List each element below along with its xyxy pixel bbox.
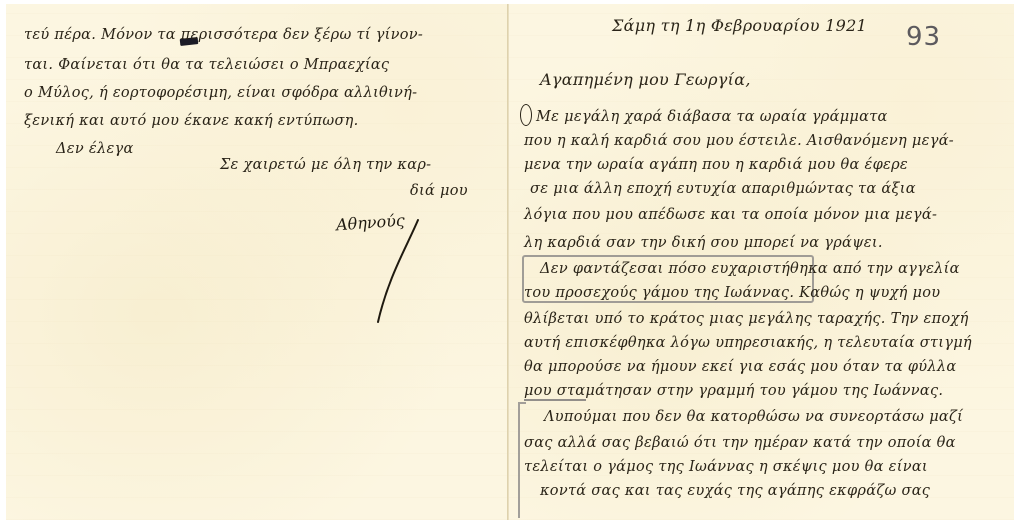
date-line: Σάμη τη 1η Φεβρουαρίου 1921 — [612, 16, 867, 35]
right-line-14: σας αλλά σας βεβαιώ ότι την ημέραν κατά … — [524, 436, 956, 451]
right-line-5: λόγια που μου απέδωσε και τα οποία μόνον… — [524, 208, 937, 223]
right-line-4: σε μια άλλη εποχή ευτυχία απαριθμώντας τ… — [530, 182, 916, 197]
left-line-2: ται. Φαίνεται ότι θα τα τελειώσει ο Μπρα… — [24, 58, 389, 73]
right-line-13: Λυπούμαι που δεν θα κατορθώσω να συνεορτ… — [544, 410, 963, 425]
right-line-7: Δεν φαντάζεσαι πόσο ευχαριστήθηκα από τη… — [540, 262, 960, 277]
left-line-5: Δεν έλεγα — [56, 142, 134, 157]
right-line-9: θλίβεται υπό το κράτος μιας μεγάλης ταρα… — [524, 312, 969, 327]
right-line-10: αυτή επισκέφθηκα λόγω υπηρεσιακής, η τελ… — [524, 336, 972, 351]
archive-number: 93 — [906, 22, 941, 52]
right-line-8: του προσεχούς γάμου της Ιωάννας. Καθώς η… — [524, 286, 940, 301]
right-line-6: λη καρδιά σαν την δική σου μπορεί να γρά… — [524, 236, 883, 251]
salutation: Αγαπημένη μου Γεωργία, — [540, 70, 751, 89]
scanned-letter: τεύ πέρα. Μόνον τα περισσότερα δεν ξέρω … — [0, 0, 1024, 528]
page-fold — [507, 4, 509, 520]
paragraph-mark-icon — [520, 104, 532, 126]
right-line-1: Με μεγάλη χαρά διάβασα τα ωραία γράμματα — [536, 110, 888, 125]
right-line-2: που η καλή καρδιά σου μου έστειλε. Αισθα… — [524, 134, 954, 149]
right-line-3: μενα την ωραία αγάπη που η καρδιά μου θα… — [524, 158, 908, 173]
signature-flourish-icon — [366, 218, 426, 328]
closing-line-end: διά μου — [410, 184, 468, 199]
left-line-1: τεύ πέρα. Μόνον τα περισσότερα δεν ξέρω … — [24, 28, 423, 43]
right-line-15: τελείται ο γάμος της Ιωάννας η σκέψις μο… — [524, 460, 928, 475]
closing-line: Σε χαιρετώ με όλη την καρ- — [220, 158, 431, 173]
right-line-16: κοντά σας και τας ευχάς της αγάπης εκφρά… — [540, 484, 930, 499]
right-line-12: μου σταμάτησαν στην γραμμή του γάμου της… — [524, 384, 943, 399]
pencil-underline — [524, 399, 586, 401]
left-line-4: ξενική και αυτό μου έκανε κακή εντύπωση. — [24, 114, 359, 129]
left-line-3: ο Μύλος, ή εορτοφορέσιμη, είναι σφόδρα α… — [24, 86, 417, 101]
right-line-11: θα μπορούσε να ήμουν εκεί για εσάς μου ό… — [524, 360, 957, 375]
left-page — [6, 4, 508, 520]
